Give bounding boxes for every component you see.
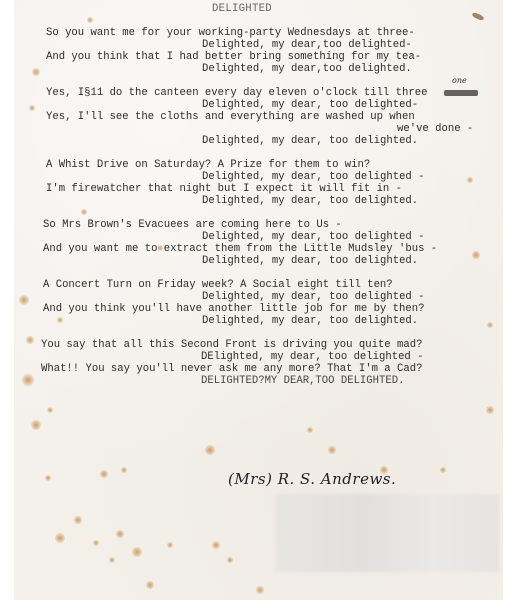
foxing-spot (45, 475, 51, 481)
foxing-spot (31, 420, 41, 430)
poem-line: A Concert Turn on Friday week? A Social … (43, 279, 393, 291)
final-refrain-line: DELIGHTED?MY DEAR,TOO DELIGHTED. (201, 375, 404, 387)
refrain-line: Delighted, my dear, too delighted. (202, 255, 418, 267)
refrain-line: Delighted, my dear, too delighted. (202, 195, 418, 207)
foxing-spot (328, 446, 336, 454)
poem-line: I'm firewatcher that night but I expect … (46, 183, 402, 195)
foxing-spot (100, 470, 108, 478)
foxing-spot (29, 105, 35, 111)
refrain-line: Delighted, my dear, too delighted - (202, 291, 425, 303)
refrain-line: Delighted, my dear, too delighted. (202, 315, 418, 327)
handwritten-correction: one (452, 76, 467, 85)
poem-line: So you want me for your working-party We… (46, 27, 415, 39)
strikethrough-mark (444, 90, 478, 96)
foxing-spot (472, 251, 480, 259)
foxing-spot (22, 374, 34, 386)
redacted-area (275, 494, 499, 572)
poem-line-continuation: we've done - (397, 123, 473, 135)
refrain-line: Delighted, my dear,too delighted. (202, 63, 412, 75)
typewritten-poem: DELIGHTED So you want me for your workin… (0, 0, 13, 468)
poem-line: Yes, I§11 do the canteen every day eleve… (46, 87, 427, 99)
foxing-spot (132, 547, 142, 557)
refrain-line: Delighted, my dear,too delighted- (202, 39, 412, 51)
poem-line: And you think that I had better bring so… (46, 51, 421, 63)
foxing-spot (109, 557, 115, 563)
foxing-spot (57, 317, 63, 323)
foxing-spot (167, 542, 173, 548)
poem-line: What!! You say you'll never ask me any m… (41, 363, 422, 375)
foxing-spot (256, 586, 264, 594)
foxing-spot (486, 406, 494, 414)
foxing-spot (467, 177, 473, 183)
refrain-line: Delighted, my dear, too delighted - (202, 231, 425, 243)
foxing-spot (116, 530, 124, 538)
foxing-spot (87, 17, 93, 23)
poem-line: And you think you'll have another little… (43, 303, 424, 315)
poem-title: DELIGHTED (212, 3, 272, 15)
foxing-spot (47, 407, 53, 413)
foxing-spot (74, 516, 82, 524)
foxing-spot (307, 427, 313, 433)
poem-line: Yes, I'll see the cloths and everything … (46, 111, 415, 123)
foxing-spot (440, 467, 446, 473)
foxing-spot (487, 322, 493, 328)
poem-line: A Whist Drive on Saturday? A Prize for t… (46, 159, 370, 171)
foxing-spot (146, 581, 154, 589)
foxing-spot (55, 533, 65, 543)
refrain-line: DElighted, my dear, too delighted - (201, 351, 424, 363)
poem-line: So Mrs Brown's Evacuees are coming here … (43, 219, 342, 231)
refrain-line: Delighted, my dear, too delighted- (202, 99, 418, 111)
refrain-line: Delighted, my dear, too delighted - (202, 171, 425, 183)
foxing-spot (26, 336, 34, 344)
foxing-spot (93, 540, 99, 546)
foxing-spot (121, 467, 127, 473)
foxing-spot (81, 209, 87, 215)
foxing-spot (212, 541, 220, 549)
foxing-spot (19, 295, 29, 305)
refrain-line: Delighted, my dear, too delighted. (202, 135, 418, 147)
foxing-spot (205, 445, 215, 455)
poem-line: You say that all this Second Front is dr… (41, 339, 422, 351)
foxing-spot (227, 557, 233, 563)
poem-line: And you want me to extract them from the… (43, 243, 437, 255)
handwritten-signature: (Mrs) R. S. Andrews. (228, 470, 396, 488)
foxing-spot (32, 68, 40, 76)
